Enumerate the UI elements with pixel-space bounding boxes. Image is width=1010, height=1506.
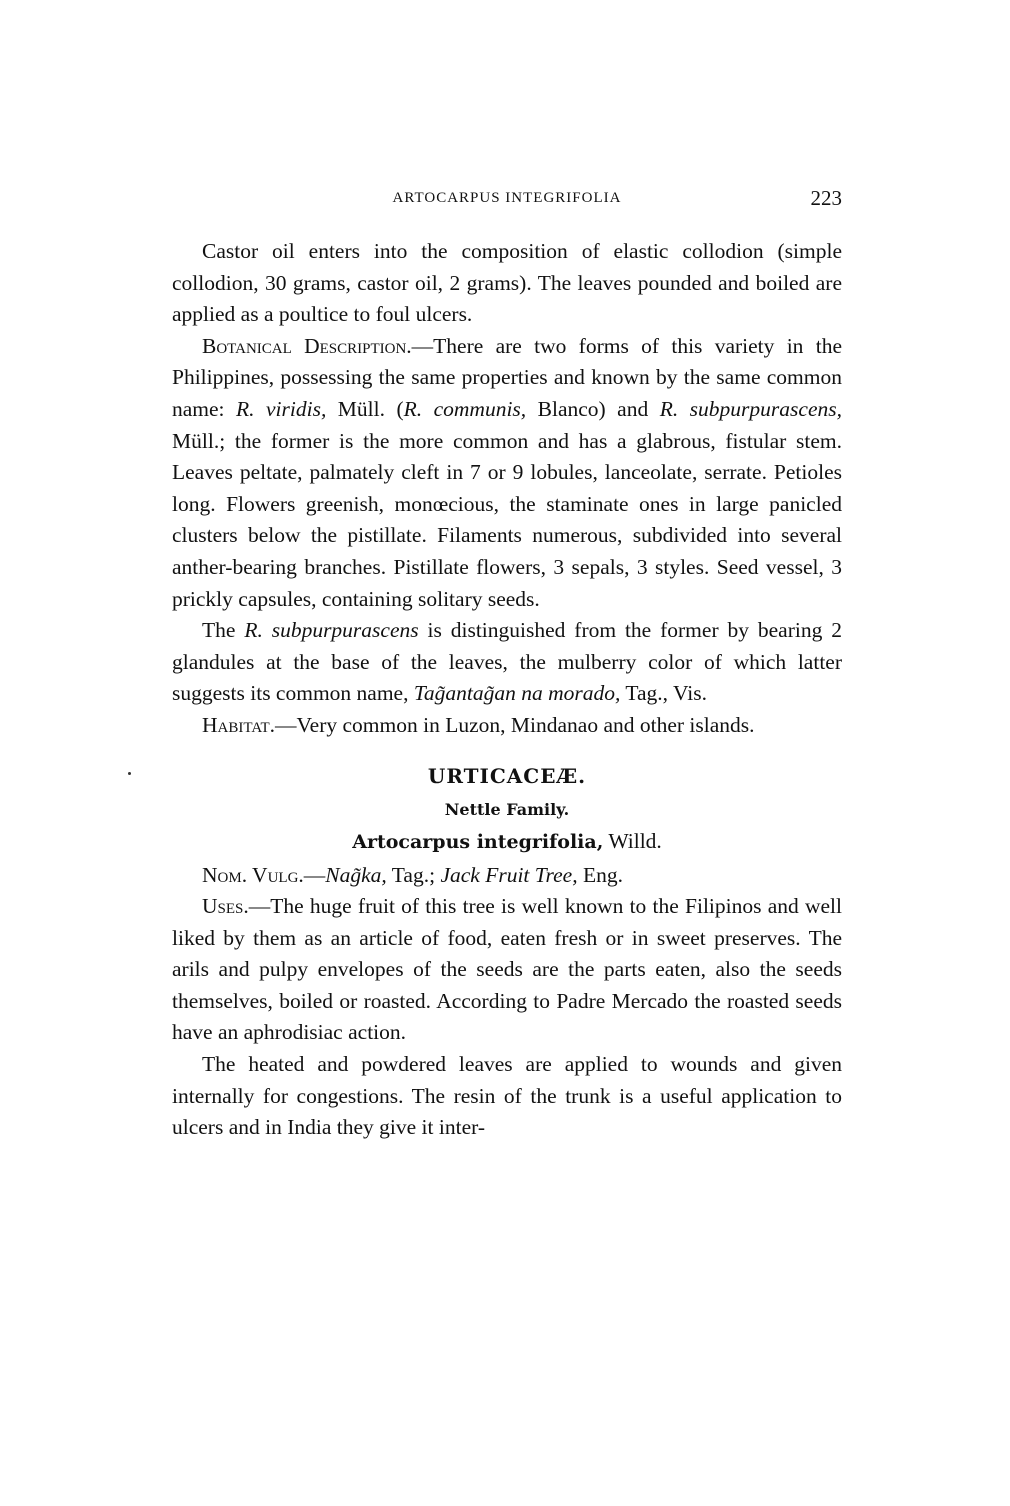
section-label-uses: Uses. xyxy=(202,894,249,918)
species-name: R. subpurpurascens, xyxy=(660,397,842,421)
paragraph-nom-vulg: Nom. Vulg.—Nag̃ka, Tag.; Jack Fruit Tree… xyxy=(172,860,842,892)
species-name: R. communis, xyxy=(404,397,527,421)
text-run: Müll.; the former is the more common and… xyxy=(172,429,842,611)
species-name: R. viridis, xyxy=(236,397,326,421)
text-run: —Very common in Luzon, Mindanao and othe… xyxy=(275,713,754,737)
running-head: ARTOCARPUS INTEGRIFOLIA 223 xyxy=(172,186,842,216)
text-run: Müll. ( xyxy=(326,397,403,421)
common-name: Nag̃ka, xyxy=(325,863,387,887)
margin-speck xyxy=(128,772,131,775)
text-run: Tag.; xyxy=(387,863,441,887)
species-binomial: Artocarpus integrifolia, xyxy=(352,831,603,853)
section-label-nom-vulg: Nom. Vulg. xyxy=(202,863,304,887)
common-name: Tag̃antag̃an na morado, xyxy=(414,681,620,705)
text-run: Blanco) and xyxy=(526,397,660,421)
species-name: R. subpurpurascens xyxy=(244,618,418,642)
page-number: 223 xyxy=(811,186,843,211)
paragraph-habitat: Habitat.—Very common in Luzon, Mindanao … xyxy=(172,710,842,742)
paragraph-subpurpurascens: The R. subpurpurascens is distinguished … xyxy=(172,615,842,710)
family-common-name: Nettle Family. xyxy=(172,800,842,819)
text-run: Tag., Vis. xyxy=(620,681,707,705)
text-run: —The huge fruit of this tree is well kno… xyxy=(172,894,842,1044)
paragraph-uses: Uses.—The huge fruit of this tree is wel… xyxy=(172,891,842,1049)
text-run: — xyxy=(304,863,326,887)
section-label-habitat: Habitat. xyxy=(202,713,275,737)
book-page: ARTOCARPUS INTEGRIFOLIA 223 Castor oil e… xyxy=(172,186,842,1144)
running-title: ARTOCARPUS INTEGRIFOLIA xyxy=(172,190,842,207)
section-label-botanical-description: Botanical Description. xyxy=(202,334,412,358)
text-run: The xyxy=(202,618,244,642)
common-name: Jack Fruit Tree, xyxy=(440,863,577,887)
species-authority: Willd. xyxy=(603,829,661,853)
paragraph-leaves-resin: The heated and powdered leaves are appli… xyxy=(172,1049,842,1144)
family-heading: URTICACEÆ. xyxy=(172,764,842,788)
text-run: Eng. xyxy=(578,863,623,887)
paragraph-botanical-description: Botanical Description.—There are two for… xyxy=(172,331,842,615)
paragraph-castor-oil: Castor oil enters into the composition o… xyxy=(172,236,842,331)
species-heading: Artocarpus integrifolia, Willd. xyxy=(172,829,842,854)
